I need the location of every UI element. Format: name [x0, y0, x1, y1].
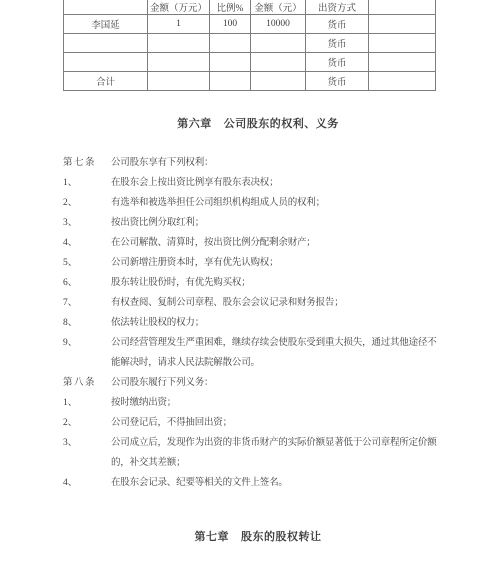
table-cell-amount-wanyuan [148, 53, 210, 72]
article-7-label: 第七条 [63, 153, 111, 173]
clause-text: 公司成立后，发现作为出资的非货币财产的实际价额显著低于公司章程所定价额 [111, 438, 437, 448]
clause-number: 6、 [63, 273, 111, 293]
clause-number: 2、 [63, 193, 111, 213]
table-cell-amount-wanyuan [148, 72, 210, 91]
table-cell-amount-wanyuan [148, 34, 210, 53]
clause-text: 按时缴纳出资； [111, 398, 176, 408]
clause-number: 4、 [63, 473, 111, 493]
clause-text: 公司新增注册资本时，享有优先认购权； [111, 258, 278, 268]
article-7-item-1: 1、在股东会上按出资比例享有股东表决权； [0, 173, 500, 193]
table-header-blank [369, 0, 436, 15]
clause-number: 4、 [63, 233, 111, 253]
article-8-item-2: 2、公司登记后，不得抽回出资； [0, 413, 500, 433]
table-header-amount-wanyuan: 金额（万元） [148, 0, 210, 15]
table-cell-ratio: 100 [210, 15, 251, 34]
chapter-6-number: 第六章 [177, 118, 212, 130]
table-cell-blank [369, 53, 436, 72]
table-cell-amount-yuan [251, 34, 306, 53]
article-7-item-2: 2、有选举和被选举担任公司组织机构组成人员的权利； [0, 193, 500, 213]
clause-text: 能解决时，请求人民法院解散公司。 [111, 358, 260, 368]
article-8-heading: 第八条公司股东履行下列义务： [0, 373, 500, 393]
table-row-total: 合计 货币 [64, 72, 436, 91]
table-header-amount-yuan: 金额（元） [251, 0, 306, 15]
clause-text: 在公司解散、清算时，按出资比例分配剩余财产； [111, 238, 316, 248]
table-row: 货币 [64, 53, 436, 72]
table-header-ratio-percent: 比例% [210, 0, 251, 15]
table-header-row: 金额（万元） 比例% 金额（元） 出资方式 [64, 0, 436, 15]
clause-number: 9、 [63, 333, 111, 353]
table-cell-amount-wanyuan: 1 [148, 15, 210, 34]
table-cell-amount-yuan: 10000 [251, 15, 306, 34]
article-7-item-7: 7、有权查阅、复制公司章程、股东会会议记录和财务报告； [0, 293, 500, 313]
clause-text: 的，补交其差额； [111, 458, 185, 468]
article-7-intro: 公司股东享有下列权利： [111, 158, 213, 168]
table-cell-shareholder-name: 李国延 [64, 15, 148, 34]
table-cell-method: 货币 [306, 53, 369, 72]
article-7-heading: 第七条公司股东享有下列权利： [0, 153, 500, 173]
clause-text: 按出资比例分取红利； [111, 218, 204, 228]
table-cell-method: 货币 [306, 72, 369, 91]
table-cell-total-label: 合计 [64, 72, 148, 91]
table-row: 李国延 1 100 10000 货币 [64, 15, 436, 34]
article-7-item-5: 5、公司新增注册资本时，享有优先认购权； [0, 253, 500, 273]
clause-number: 1、 [63, 173, 111, 193]
article-7-item-3: 3、按出资比例分取红利； [0, 213, 500, 233]
article-7-item-4: 4、在公司解散、清算时，按出资比例分配剩余财产； [0, 233, 500, 253]
clause-number: 8、 [63, 313, 111, 333]
table-cell-blank [369, 15, 436, 34]
article-7-item-9-line-1: 9、公司经营管理发生严重困难，继续存续会使股东受到重大损失，通过其他途径不 [0, 333, 500, 353]
article-8-item-3-line-1: 3、公司成立后，发现作为出资的非货币财产的实际价额显著低于公司章程所定价额 [0, 433, 500, 453]
article-7-item-6: 6、股东转让股份时，有优先购买权； [0, 273, 500, 293]
chapter-6-heading: 第六章公司股东的权利、义务 [0, 114, 500, 134]
table-cell-method: 货币 [306, 15, 369, 34]
table-row: 货币 [64, 34, 436, 53]
table-cell-blank [369, 72, 436, 91]
table-cell-ratio [210, 34, 251, 53]
clause-text: 在股东会上按出资比例享有股东表决权； [111, 178, 278, 188]
article-8-intro: 公司股东履行下列义务： [111, 378, 213, 388]
table-header-contribution-method: 出资方式 [306, 0, 369, 15]
table-cell-amount-yuan [251, 53, 306, 72]
chapter-7-number: 第七章 [195, 531, 230, 543]
table-cell-ratio [210, 72, 251, 91]
clause-text: 有权查阅、复制公司章程、股东会会议记录和财务报告； [111, 298, 344, 308]
article-8-item-4: 4、在股东会记录、纪要等相关的文件上签名。 [0, 473, 500, 493]
chapter-7-heading: 第七章股东的股权转让 [0, 527, 500, 547]
clause-text: 在股东会记录、纪要等相关的文件上签名。 [111, 478, 288, 488]
clause-text: 股东转让股份时，有优先购买权； [111, 278, 251, 288]
article-7-item-9-line-2: 能解决时，请求人民法院解散公司。 [0, 353, 500, 373]
clause-text: 公司经营管理发生严重困难，继续存续会使股东受到重大损失，通过其他途径不 [111, 338, 437, 348]
clause-number: 3、 [63, 433, 111, 453]
article-7-item-8: 8、依法转让股权的权力； [0, 313, 500, 333]
clause-number: 5、 [63, 253, 111, 273]
chapter-6-title: 公司股东的权利、义务 [224, 118, 339, 130]
table-cell-shareholder-name [64, 34, 148, 53]
table-cell-blank [369, 34, 436, 53]
clause-text: 有选举和被选举担任公司组织机构组成人员的权利； [111, 198, 325, 208]
article-8-item-1: 1、按时缴纳出资； [0, 393, 500, 413]
table-cell-method: 货币 [306, 34, 369, 53]
document-body: 第六章公司股东的权利、义务 第七条公司股东享有下列权利： 1、在股东会上按出资比… [0, 114, 500, 547]
document-page: 金额（万元） 比例% 金额（元） 出资方式 李国延 1 100 10000 货币… [0, 0, 500, 565]
table-header-shareholder [64, 0, 148, 15]
clause-number: 2、 [63, 413, 111, 433]
capital-contribution-table: 金额（万元） 比例% 金额（元） 出资方式 李国延 1 100 10000 货币… [63, 0, 436, 91]
table-cell-amount-yuan [251, 72, 306, 91]
clause-number: 1、 [63, 393, 111, 413]
article-8-item-3-line-2: 的，补交其差额； [0, 453, 500, 473]
table-cell-shareholder-name [64, 53, 148, 72]
clause-number: 3、 [63, 213, 111, 233]
clause-number: 7、 [63, 293, 111, 313]
clause-text: 依法转让股权的权力； [111, 318, 204, 328]
article-8-label: 第八条 [63, 373, 111, 393]
clause-text: 公司登记后，不得抽回出资； [111, 418, 232, 428]
chapter-7-title: 股东的股权转让 [241, 531, 322, 543]
table-cell-ratio [210, 53, 251, 72]
